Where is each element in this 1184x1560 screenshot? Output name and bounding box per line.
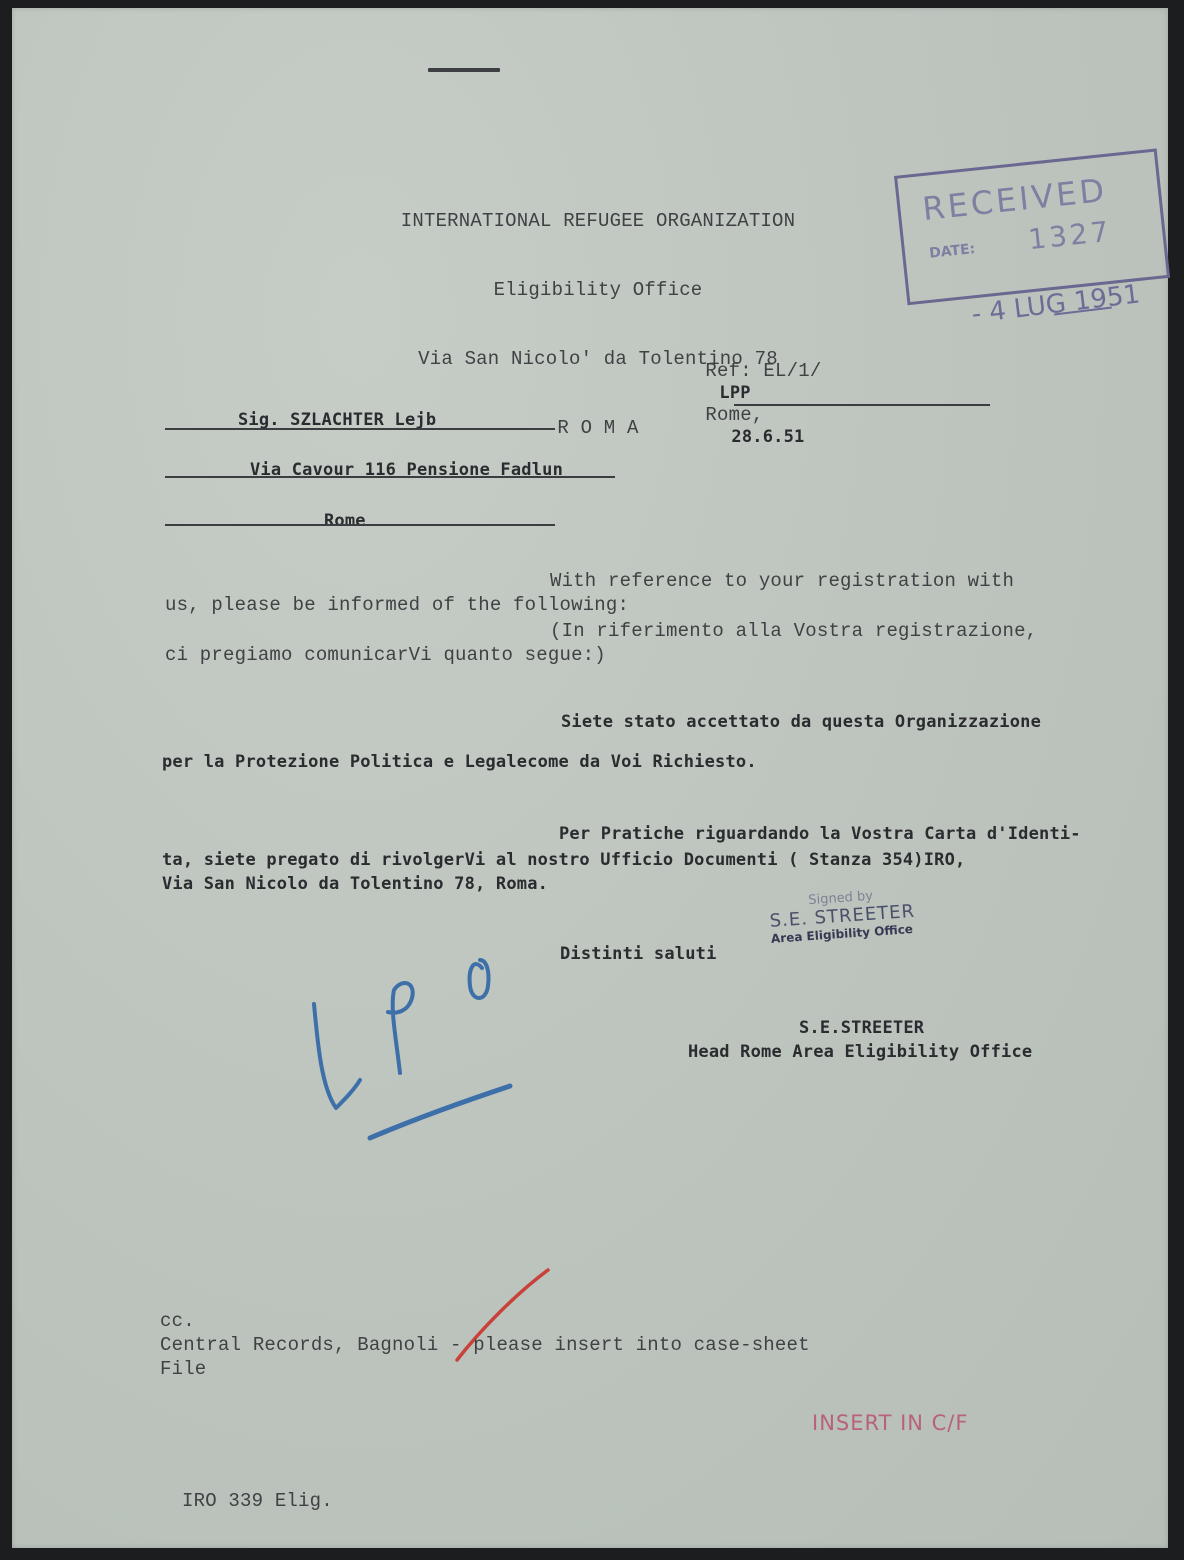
recipient-name: Sig. SZLACHTER Lejb — [238, 410, 436, 430]
document-page: INTERNATIONAL REFUGEE ORGANIZATION Eligi… — [12, 8, 1168, 1548]
instructions-line1: Per Pratiche riguardando la Vostra Carta… — [559, 824, 1081, 844]
body-english-line2: us, please be informed of the following: — [165, 594, 629, 616]
decision-line1: Siete stato accettato da questa Organizz… — [561, 712, 1041, 732]
date-line: Rome, 28.6.51 — [659, 382, 804, 470]
body-italian-line1: (In riferimento alla Vostra registrazion… — [550, 620, 1037, 642]
top-mark — [428, 68, 500, 72]
recipient-name-underline — [165, 428, 555, 430]
form-number: IRO 339 Elig. — [182, 1490, 333, 1512]
signature-stamp: Signed by S.E. STREETER Area Eligibility… — [768, 886, 917, 946]
body-italian-line2: ci pregiamo comunicarVi quanto segue:) — [165, 644, 606, 666]
recipient-city-underline — [165, 524, 555, 526]
insert-in-case-file-stamp: INSERT IN C/F — [812, 1411, 968, 1435]
received-stamp-number: 1327 — [1027, 215, 1113, 257]
reference-label: Ref: EL/1/ — [705, 360, 821, 382]
decision-line2: per la Protezione Politica e Legalecome … — [162, 752, 757, 772]
received-stamp-date-label: DATE: — [928, 241, 976, 262]
organization-name: INTERNATIONAL REFUGEE ORGANIZATION — [338, 210, 858, 233]
cc-line2: File — [160, 1358, 206, 1380]
instructions-line2: ta, siete pregato di rivolgerVi al nostr… — [162, 850, 965, 870]
typed-signatory-name: S.E.STREETER — [799, 1018, 924, 1038]
cc-label: cc. — [160, 1310, 195, 1332]
date-underline — [734, 404, 990, 406]
recipient-city: Rome — [324, 511, 366, 531]
place-label: Rome, — [705, 404, 763, 426]
recipient-street-underline — [165, 476, 615, 478]
cc-line1: Central Records, Bagnoli - please insert… — [160, 1334, 810, 1356]
typed-signatory-title: Head Rome Area Eligibility Office — [688, 1042, 1032, 1062]
salutation: Distinti saluti — [560, 944, 717, 964]
instructions-line3: Via San Nicolo da Tolentino 78, Roma. — [162, 874, 548, 894]
letter-date: 28.6.51 — [731, 427, 804, 447]
office-name: Eligibility Office — [338, 279, 858, 302]
body-english-line1: With reference to your registration with — [550, 570, 1014, 592]
